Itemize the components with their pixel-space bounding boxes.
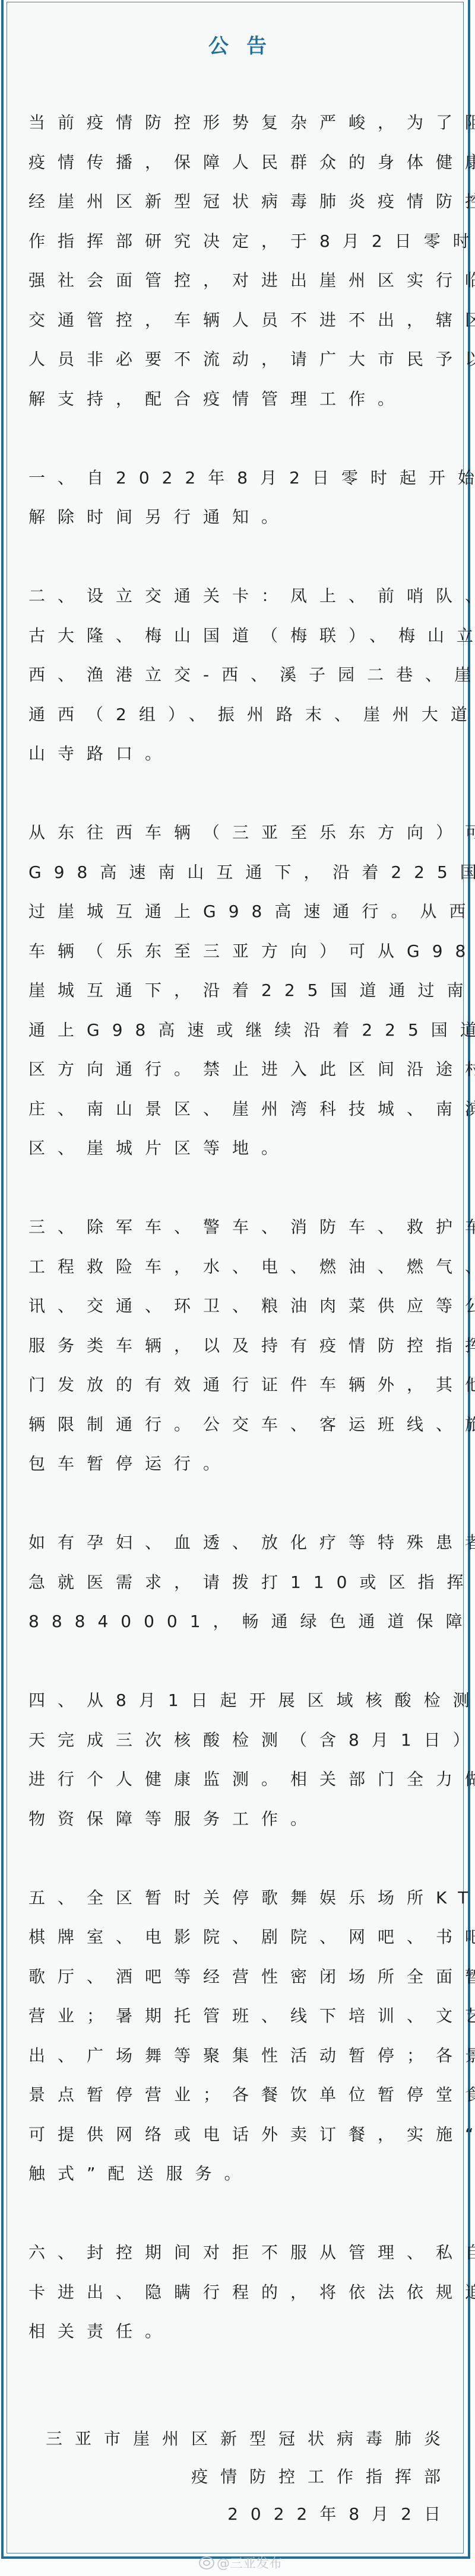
text-line: 作指挥部研究决定，于8月2日零时起加 xyxy=(28,222,456,262)
text-line: 触式”配送服务。 xyxy=(28,2154,456,2194)
text-line: 疫情传播，保障人民群众的身体健康。 xyxy=(28,143,456,183)
text-line: G98高速南山互通下，沿着225国道通 xyxy=(28,853,456,893)
paragraph-item-5: 五、全区暂时关停歌舞娱乐场所KTV、 棋牌室、电影院、剧院、网吧、书吧、 歌厅、… xyxy=(28,1878,456,2194)
text-line: 崖城互通下，沿着225国道通过南山互 xyxy=(28,971,456,1011)
text-line: 解支持，配合疫情管理工作。 xyxy=(28,380,456,419)
text-line: 进行个人健康监测。相关部门全力做好 xyxy=(28,1760,456,1800)
text-line: 通西（2组）、振州路末、崖州大道、南 xyxy=(28,695,456,735)
paragraph-intro: 当前疫情防控形势复杂严峻，为了阻断 疫情传播，保障人民群众的身体健康。 经崖州区… xyxy=(28,103,456,419)
text-line: 物资保障等服务工作。 xyxy=(28,1800,456,1839)
text-line: 88840001，畅通绿色通道保障。 xyxy=(28,1602,456,1642)
notice-title: 公告 xyxy=(0,34,475,58)
weibo-logo-icon xyxy=(199,2556,214,2569)
text-line: 棋牌室、电影院、剧院、网吧、书吧、 xyxy=(28,1918,456,1957)
text-line: 解除时间另行通知。 xyxy=(28,498,456,537)
signature-block: 三亚市崖州区新型冠状病毒肺炎 疫情防控工作指挥部 2022年8月2日 xyxy=(46,2420,441,2533)
text-line: 卡进出、隐瞒行程的，将依法依规追究 xyxy=(28,2273,456,2313)
text-line: 五、全区暂时关停歌舞娱乐场所KTV、 xyxy=(28,1878,456,1918)
signature-org-line2: 疫情防控工作指挥部 xyxy=(46,2458,453,2496)
text-line: 营业；暑期托管班、线下培训、文艺演 xyxy=(28,1997,456,2036)
text-line: 车辆（乐东至三亚方向）可从G98高速 xyxy=(28,932,456,972)
text-line: 从东往西车辆（三亚至乐东方向）可从 xyxy=(28,813,456,853)
text-line: 服务类车辆，以及持有疫情防控指挥部 xyxy=(28,1326,456,1366)
watermark: @三亚发布 xyxy=(199,2553,282,2572)
signature-date: 2022年8月2日 xyxy=(46,2495,453,2533)
text-line: 歌厅、酒吧等经营性密闭场所全面暂停 xyxy=(28,1957,456,1997)
text-line: 交通管控，车辆人员不进不出，辖区内 xyxy=(28,301,456,340)
watermark-text: @三亚发布 xyxy=(217,2553,282,2572)
text-line: 讯、交通、环卫、粮油肉菜供应等公共 xyxy=(28,1287,456,1326)
text-line: 包车暂停运行。 xyxy=(28,1444,456,1484)
paragraph-medical: 如有孕妇、血透、放化疗等特殊患者应 急就医需求，请拨打110或区指挥中心 888… xyxy=(28,1523,456,1642)
text-line: 西、渔港立交-西、溪子园二巷、崖城互 xyxy=(28,655,456,695)
paragraph-item-3: 三、除军车、警车、消防车、救护车、 工程救险车，水、电、燃油、燃气、通 讯、交通… xyxy=(28,1208,456,1484)
text-line: 一、自2022年8月2日零时起开始管控， xyxy=(28,458,456,498)
text-line: 当前疫情防控形势复杂严峻，为了阻断 xyxy=(28,103,456,143)
text-line: 山寺路口。 xyxy=(28,734,456,774)
text-line: 相关责任。 xyxy=(28,2312,456,2352)
text-line: 出、广场舞等聚集性活动暂停；各景区 xyxy=(28,2036,456,2076)
paragraph-routes: 从东往西车辆（三亚至乐东方向）可从 G98高速南山互通下，沿着225国道通 过崖… xyxy=(28,813,456,1168)
text-line: 急就医需求，请拨打110或区指挥中心 xyxy=(28,1563,456,1603)
text-line: 天完成三次核酸检测（含8月1日），并 xyxy=(28,1721,456,1760)
text-line: 六、封控期间对拒不服从管理、私自闯 xyxy=(28,2233,456,2273)
text-line: 如有孕妇、血透、放化疗等特殊患者应 xyxy=(28,1523,456,1563)
paragraph-item-6: 六、封控期间对拒不服从管理、私自闯 卡进出、隐瞒行程的，将依法依规追究 相关责任… xyxy=(28,2233,456,2352)
text-line: 经崖州区新型冠状病毒肺炎疫情防控工 xyxy=(28,182,456,222)
text-line: 可提供网络或电话外卖订餐，实施“无接 xyxy=(28,2115,456,2155)
text-line: 三、除军车、警车、消防车、救护车、 xyxy=(28,1208,456,1247)
text-line: 二、设立交通关卡：凤上、前哨队、抱 xyxy=(28,577,456,616)
text-line: 四、从8月1日起开展区域核酸检测，三 xyxy=(28,1681,456,1721)
text-line: 过崖城互通上G98高速通行。从西往东 xyxy=(28,892,456,932)
signature-org-line1: 三亚市崖州区新型冠状病毒肺炎 xyxy=(46,2420,453,2458)
text-line: 工程救险车，水、电、燃油、燃气、通 xyxy=(28,1247,456,1287)
text-line: 古大隆、梅山国道（梅联）、梅山立交 xyxy=(28,616,456,656)
text-line: 庄、南山景区、崖州湾科技城、南滨片 xyxy=(28,1090,456,1129)
paragraph-item-1: 一、自2022年8月2日零时起开始管控， 解除时间另行通知。 xyxy=(28,458,456,537)
paragraph-item-4: 四、从8月1日起开展区域核酸检测，三 天完成三次核酸检测（含8月1日），并 进行… xyxy=(28,1681,456,1839)
text-line: 区、崖城片区等地。 xyxy=(28,1129,456,1168)
text-line: 强社会面管控，对进出崖州区实行临时 xyxy=(28,261,456,301)
text-line: 人员非必要不流动，请广大市民予以理 xyxy=(28,340,456,380)
text-line: 门发放的有效通行证件车辆外，其他车 xyxy=(28,1365,456,1405)
text-line: 景点暂停营业；各餐饮单位暂停堂食， xyxy=(28,2075,456,2115)
paragraph-item-2: 二、设立交通关卡：凤上、前哨队、抱 古大隆、梅山国道（梅联）、梅山立交 西、渔港… xyxy=(28,577,456,774)
text-line: 通上G98高速或继续沿着225国道往市 xyxy=(28,1011,456,1050)
notice-body: 当前疫情防控形势复杂严峻，为了阻断 疫情传播，保障人民群众的身体健康。 经崖州区… xyxy=(28,103,456,2391)
text-line: 辆限制通行。公交车、客运班线、旅游 xyxy=(28,1405,456,1445)
text-line: 区方向通行。禁止进入此区间沿途村 xyxy=(28,1050,456,1090)
